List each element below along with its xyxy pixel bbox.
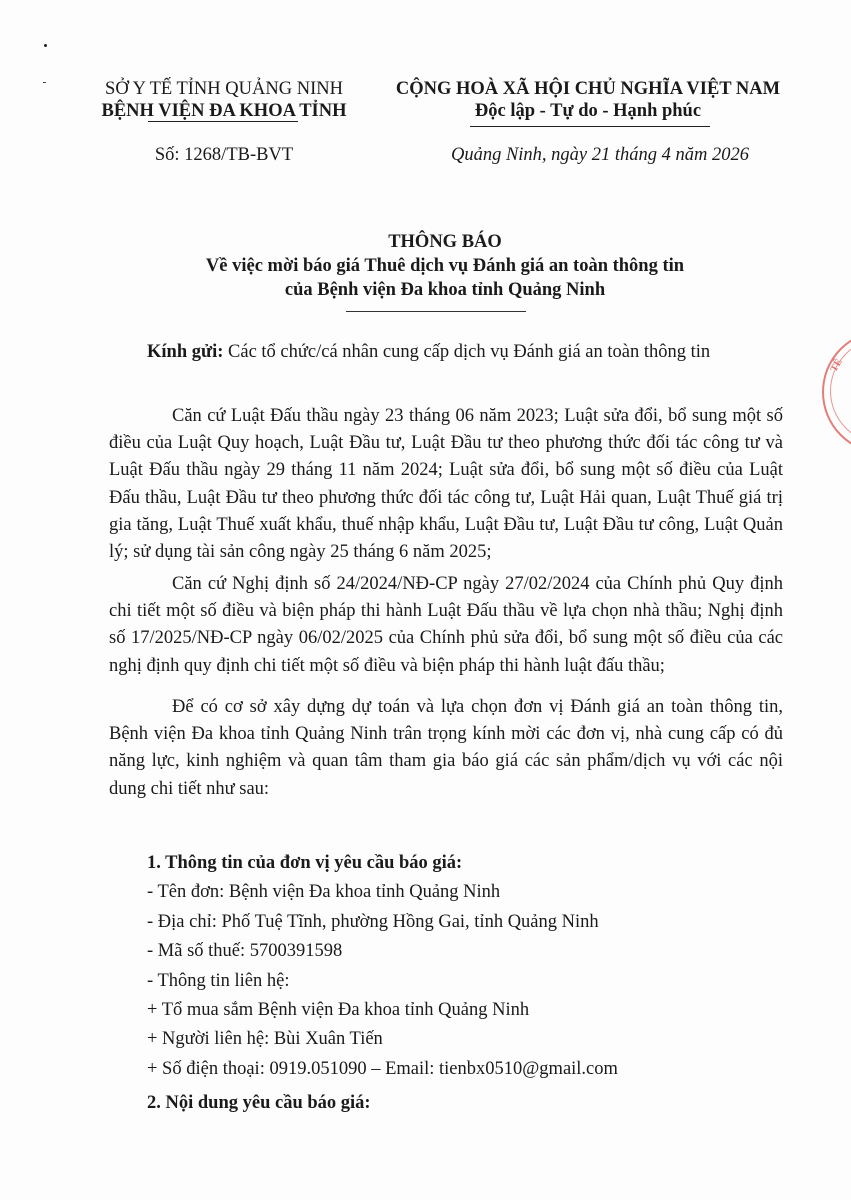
recipient-line: Kính gửi: Các tổ chức/cá nhân cung cấp d…: [147, 342, 710, 363]
paragraph-text: Để có cơ sở xây dựng dự toán và lựa chọn…: [109, 694, 783, 803]
parent-agency: SỞ Y TẾ TỈNH QUẢNG NINH: [88, 78, 360, 100]
country-name: CỘNG HOÀ XÃ HỘI CHỦ NGHĨA VIỆT NAM: [370, 78, 806, 100]
paragraph-text: Căn cứ Luật Đấu thầu ngày 23 tháng 06 nă…: [109, 403, 783, 566]
paragraph-invitation: Để có cơ sở xây dựng dự toán và lựa chọn…: [109, 694, 783, 803]
section-heading: 1. Thông tin của đơn vị yêu cầu báo giá:: [147, 850, 618, 879]
motto-underline: [470, 126, 710, 127]
list-item: + Tổ mua sắm Bệnh viện Đa khoa tỉnh Quản…: [147, 997, 618, 1026]
issuing-agency-block: SỞ Y TẾ TỈNH QUẢNG NINH BỆNH VIỆN ĐA KHO…: [88, 78, 360, 122]
title-subtitle-1: Về việc mời báo giá Thuê dịch vụ Đánh gi…: [60, 254, 830, 278]
national-header-block: CỘNG HOÀ XÃ HỘI CHỦ NGHĨA VIỆT NAM Độc l…: [370, 78, 806, 122]
scan-speck: [43, 82, 46, 83]
paragraph-text: Căn cứ Nghị định số 24/2024/NĐ-CP ngày 2…: [109, 571, 783, 680]
agency-underline: [148, 121, 298, 122]
list-item: - Mã số thuế: 5700391598: [147, 938, 618, 967]
title-subtitle-2: của Bệnh viện Đa khoa tỉnh Quảng Ninh: [60, 278, 830, 302]
organization-name: BỆNH VIỆN ĐA KHOA TỈNH: [88, 100, 360, 122]
paragraph-legal-basis-laws: Căn cứ Luật Đấu thầu ngày 23 tháng 06 nă…: [109, 403, 783, 566]
recipient-label: Kính gửi:: [147, 342, 223, 362]
title-underline: [346, 311, 526, 312]
paragraph-legal-basis-decrees: Căn cứ Nghị định số 24/2024/NĐ-CP ngày 2…: [109, 571, 783, 680]
section-quote-content: 2. Nội dung yêu cầu báo giá:: [147, 1090, 371, 1117]
list-item-contact: + Số điện thoại: 0919.051090 – Email: ti…: [147, 1056, 618, 1085]
national-motto: Độc lập - Tự do - Hạnh phúc: [370, 100, 806, 122]
list-item: + Người liên hệ: Bùi Xuân Tiến: [147, 1026, 618, 1055]
section-requester-info: 1. Thông tin của đơn vị yêu cầu báo giá:…: [147, 850, 618, 1085]
title-heading: THÔNG BÁO: [60, 230, 830, 254]
document-number: Số: 1268/TB-BVT: [88, 145, 360, 166]
list-item: - Tên đơn: Bệnh viện Đa khoa tỉnh Quảng …: [147, 879, 618, 908]
list-item: - Thông tin liên hệ:: [147, 968, 618, 997]
scan-speck: [44, 44, 47, 47]
list-item: - Địa chỉ: Phố Tuệ Tĩnh, phường Hồng Gai…: [147, 909, 618, 938]
recipient-value: Các tổ chức/cá nhân cung cấp dịch vụ Đán…: [228, 342, 710, 362]
document-title: THÔNG BÁO Về việc mời báo giá Thuê dịch …: [60, 230, 830, 302]
place-date: Quảng Ninh, ngày 21 tháng 4 năm 2026: [400, 145, 800, 166]
section-heading: 2. Nội dung yêu cầu báo giá:: [147, 1090, 371, 1117]
